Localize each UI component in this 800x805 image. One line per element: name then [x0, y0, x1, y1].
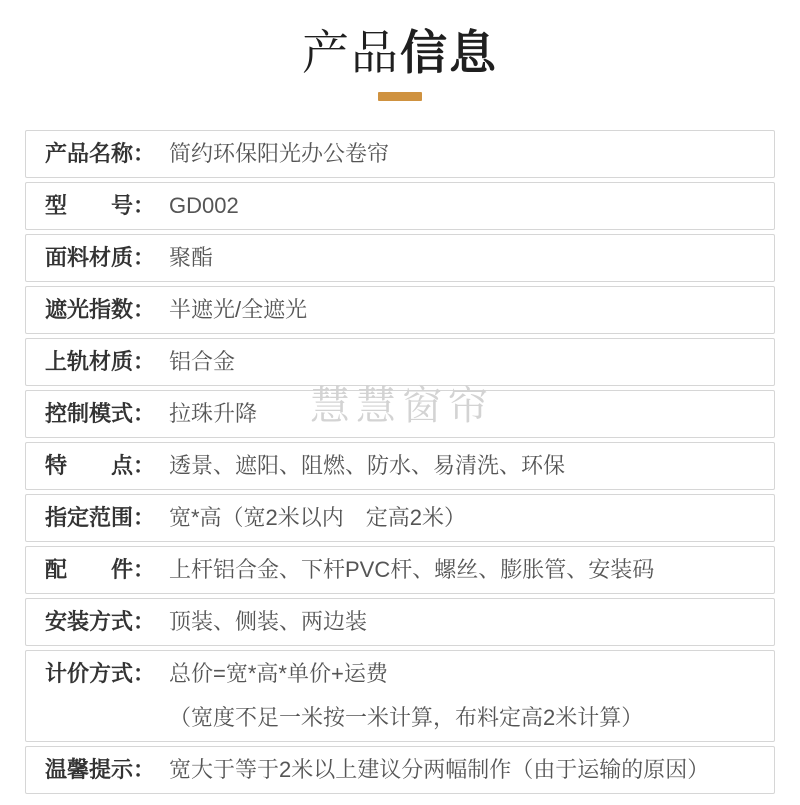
row-value: GD002 — [169, 194, 760, 218]
row-label: 上轨材质： — [45, 350, 169, 374]
row-values: 拉珠升降 — [169, 402, 760, 426]
row-values: GD002 — [169, 194, 760, 218]
row-value: 上杆铝合金、下杆PVC杆、螺丝、膨胀管、安装码 — [169, 558, 760, 582]
page-header: 产品信息 — [0, 0, 800, 101]
table-row: 遮光指数： 半遮光/全遮光 — [25, 286, 775, 334]
row-label: 特 点： — [45, 454, 169, 478]
table-row: 面料材质： 聚酯 — [25, 234, 775, 282]
table-row: 控制模式： 拉珠升降 — [25, 390, 775, 438]
row-value: 顶装、侧装、两边装 — [169, 610, 760, 634]
table-row: 温馨提示： 宽大于等于2米以上建议分两幅制作（由于运输的原因） — [25, 746, 775, 794]
row-label: 温馨提示： — [45, 758, 169, 782]
page-title-bold-part: 信息 — [400, 26, 498, 79]
row-value: 半遮光/全遮光 — [169, 298, 760, 322]
row-label: 控制模式： — [45, 402, 169, 426]
row-label: 安装方式： — [45, 610, 169, 634]
row-label: 产品名称： — [45, 142, 169, 166]
table-row: 上轨材质： 铝合金 — [25, 338, 775, 386]
row-values: 宽*高（宽2米以内 定高2米） — [169, 506, 760, 530]
row-values: 半遮光/全遮光 — [169, 298, 760, 322]
row-value: 宽*高（宽2米以内 定高2米） — [169, 506, 760, 530]
row-value: 聚酯 — [169, 246, 760, 270]
row-values: 聚酯 — [169, 246, 760, 270]
row-value-line2: （宽度不足一米按一米计算，布料定高2米计算） — [169, 706, 760, 730]
row-values: 铝合金 — [169, 350, 760, 374]
row-value: 拉珠升降 — [169, 402, 760, 426]
row-values: 顶装、侧装、两边装 — [169, 610, 760, 634]
table-row: 产品名称： 简约环保阳光办公卷帘 — [25, 130, 775, 178]
row-values: 透景、遮阳、阻燃、防水、易清洗、环保 — [169, 454, 760, 478]
row-value: 透景、遮阳、阻燃、防水、易清洗、环保 — [169, 454, 760, 478]
row-values: 宽大于等于2米以上建议分两幅制作（由于运输的原因） — [169, 758, 760, 782]
page-title: 产品信息 — [0, 24, 800, 83]
row-label: 遮光指数： — [45, 298, 169, 322]
row-label: 指定范围： — [45, 506, 169, 530]
row-values: 总价=宽*高*单价+运费 （宽度不足一米按一米计算，布料定高2米计算） — [169, 662, 760, 730]
row-values: 简约环保阳光办公卷帘 — [169, 142, 760, 166]
spec-table: 产品名称： 简约环保阳光办公卷帘 型 号： GD002 面料材质： 聚酯 遮光指… — [25, 130, 775, 794]
row-value: 总价=宽*高*单价+运费 — [169, 662, 760, 686]
row-label: 配 件： — [45, 558, 169, 582]
table-row: 安装方式： 顶装、侧装、两边装 — [25, 598, 775, 646]
title-accent-bar — [378, 92, 422, 101]
row-values: 上杆铝合金、下杆PVC杆、螺丝、膨胀管、安装码 — [169, 558, 760, 582]
page-title-light-part: 产品 — [302, 26, 400, 79]
row-label: 型 号： — [45, 194, 169, 218]
table-row: 配 件： 上杆铝合金、下杆PVC杆、螺丝、膨胀管、安装码 — [25, 546, 775, 594]
row-label: 面料材质： — [45, 246, 169, 270]
row-value: 铝合金 — [169, 350, 760, 374]
row-value: 简约环保阳光办公卷帘 — [169, 142, 760, 166]
table-row: 型 号： GD002 — [25, 182, 775, 230]
row-label: 计价方式： — [45, 662, 169, 686]
table-row: 计价方式： 总价=宽*高*单价+运费 （宽度不足一米按一米计算，布料定高2米计算… — [25, 650, 775, 742]
product-info-page: 产品信息 产品名称： 简约环保阳光办公卷帘 型 号： GD002 面料材质： 聚… — [0, 0, 800, 805]
table-row: 指定范围： 宽*高（宽2米以内 定高2米） — [25, 494, 775, 542]
row-value: 宽大于等于2米以上建议分两幅制作（由于运输的原因） — [169, 758, 760, 782]
table-row: 特 点： 透景、遮阳、阻燃、防水、易清洗、环保 — [25, 442, 775, 490]
